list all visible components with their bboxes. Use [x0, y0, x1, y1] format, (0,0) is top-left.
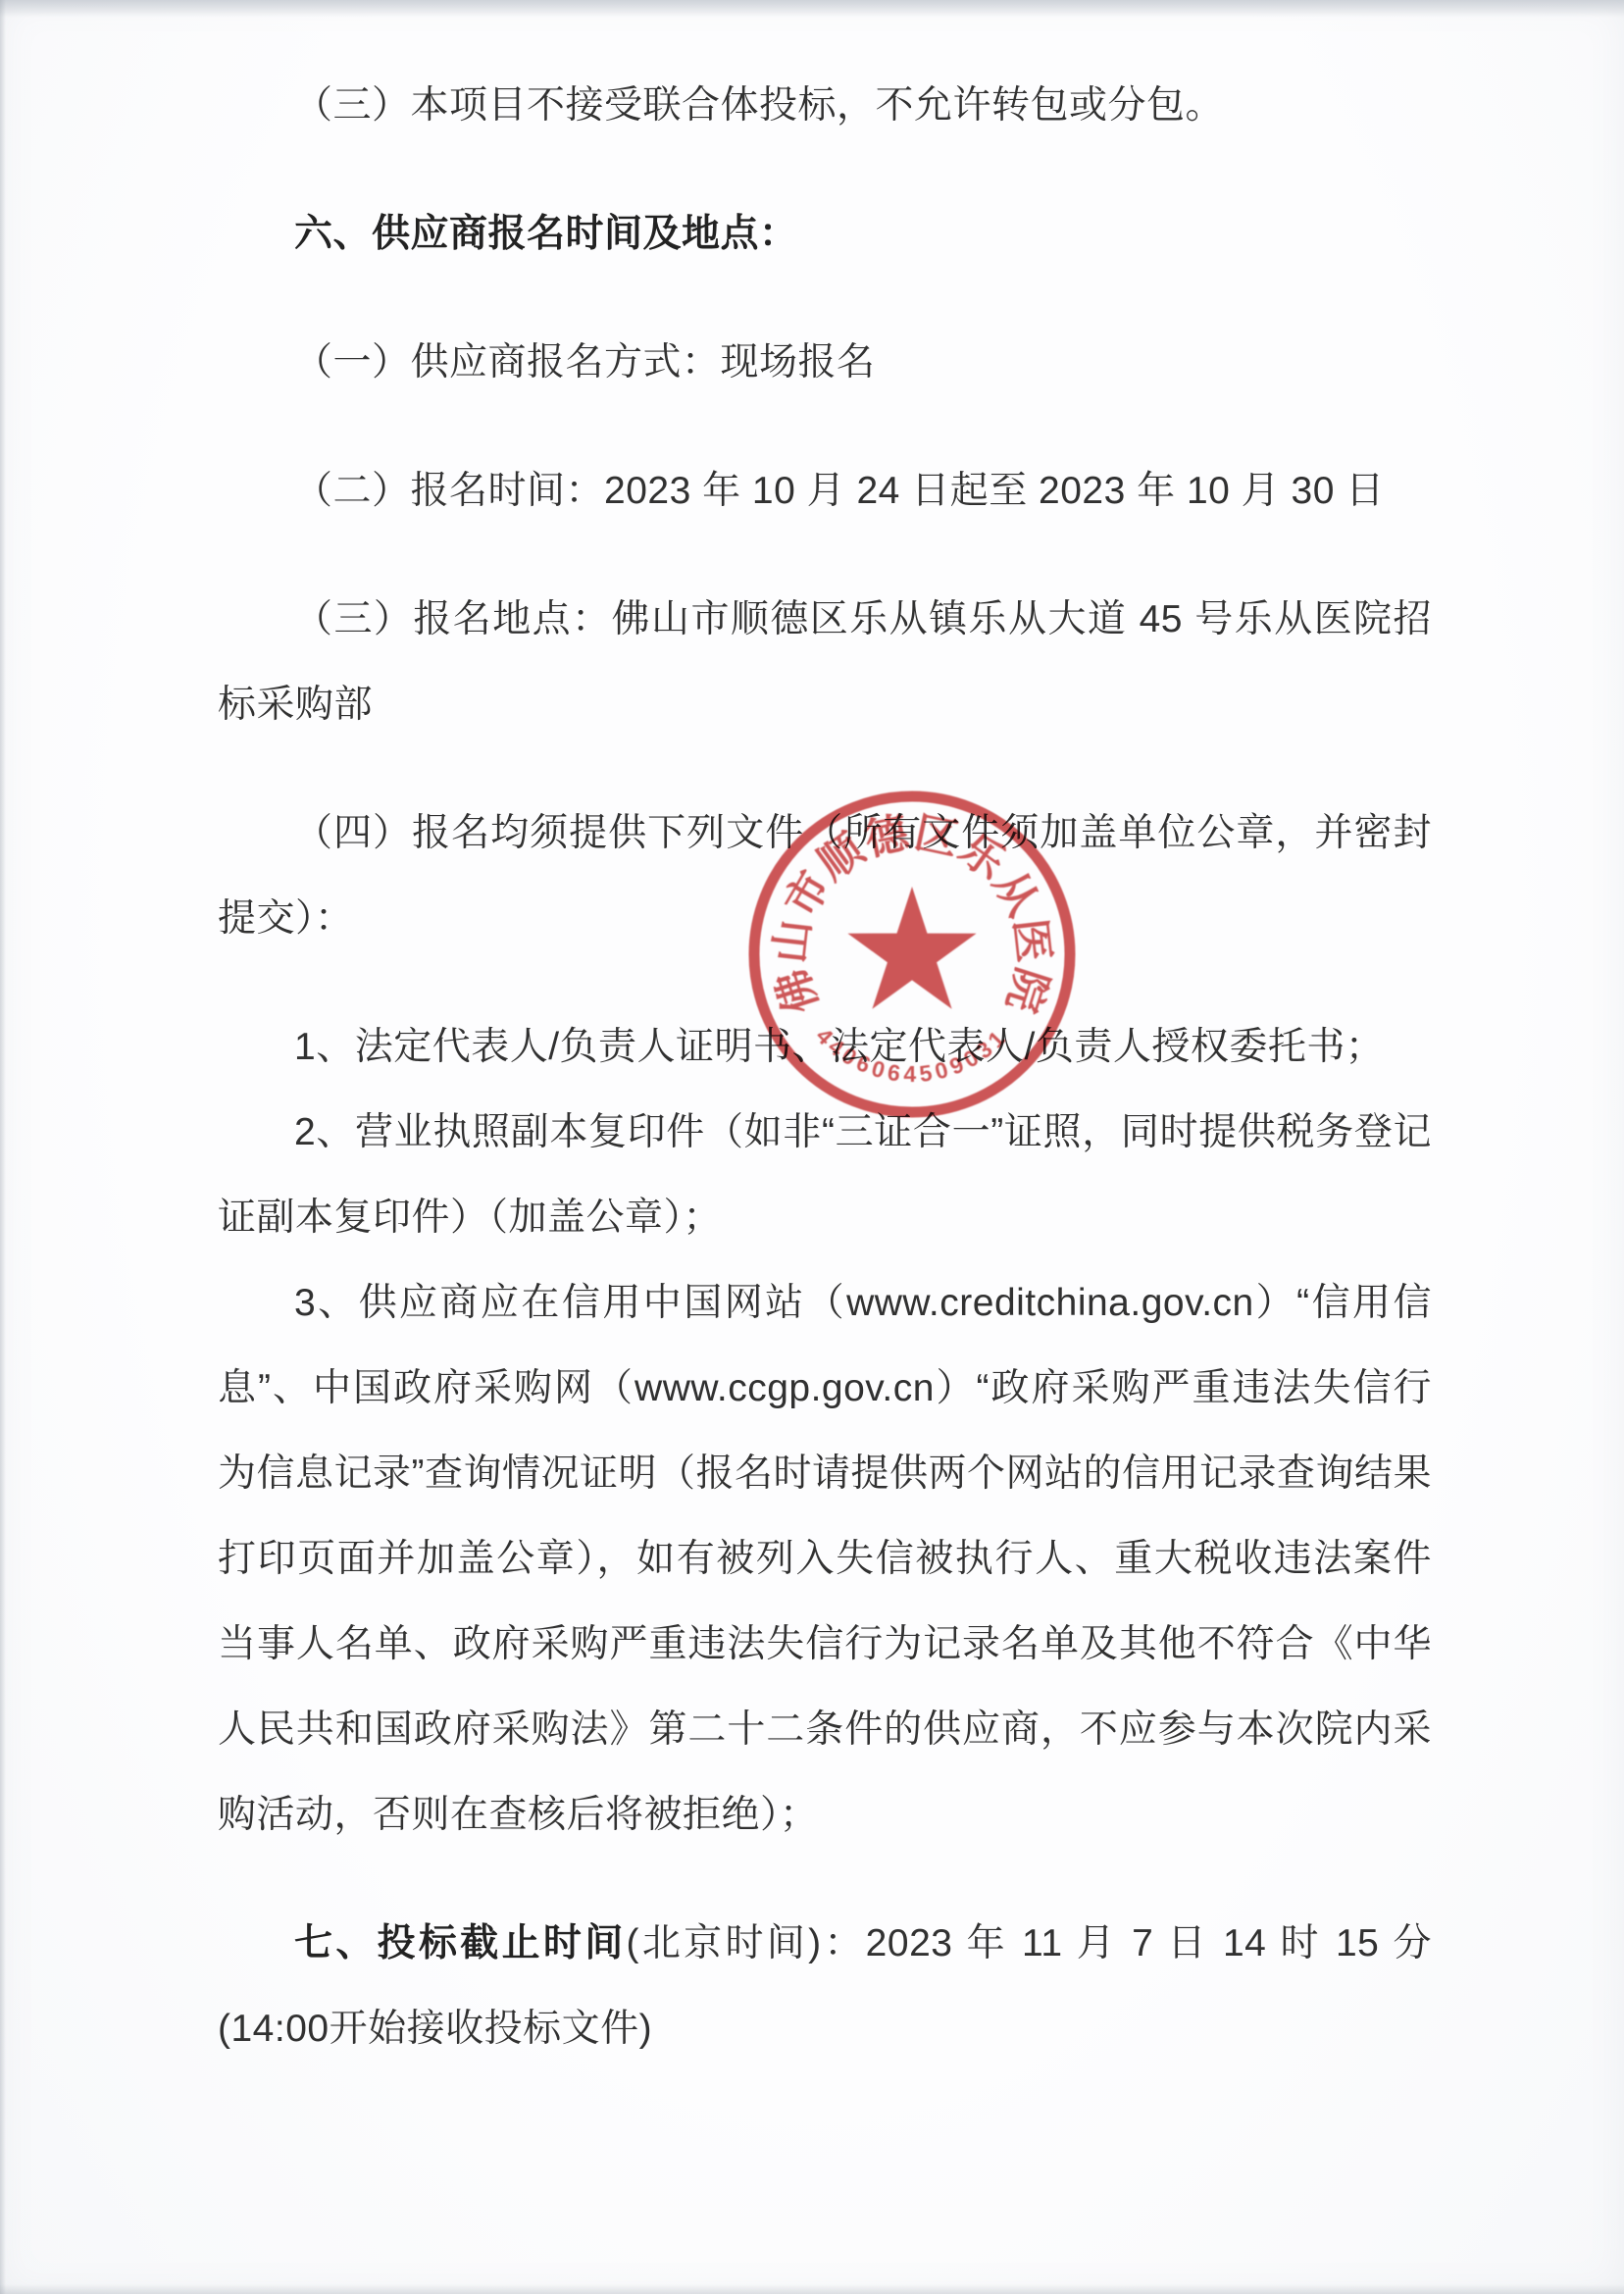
- section-6-heading: 六、供应商报名时间及地点：: [218, 191, 1432, 277]
- doc-item-3-credit-record-certificates: 3、供应商应在信用中国网站（www.creditchina.gov.cn）“信用…: [218, 1260, 1432, 1858]
- doc-item-1-legal-representative-certificates: 1、法定代表人/负责人证明书、法定代表人/负责人授权委托书；: [218, 1004, 1432, 1090]
- scan-artifact-left-edge: [0, 0, 6, 2294]
- clause-6-4-required-documents: （四）报名均须提供下列文件（所有文件须加盖单位公章，并密封提交）：: [218, 790, 1432, 961]
- clause-5-3-no-consortium: （三）本项目不接受联合体投标，不允许转包或分包。: [218, 63, 1432, 148]
- clause-6-2-registration-time: （二）报名时间：2023 年 10 月 24 日起至 2023 年 10 月 3…: [218, 448, 1432, 534]
- scanned-document-page: （三）本项目不接受联合体投标，不允许转包或分包。六、供应商报名时间及地点：（一）…: [0, 0, 1624, 2294]
- doc-item-2-business-license-copy: 2、营业执照副本复印件（如非“三证合一”证照，同时提供税务登记证副本复印件）（加…: [218, 1090, 1432, 1260]
- clause-6-3-registration-place: （三）报名地点：佛山市顺德区乐从镇乐从大道 45 号乐从医院招标采购部: [218, 577, 1432, 747]
- scan-artifact-top-band: [0, 0, 1624, 18]
- document-body: （三）本项目不接受联合体投标，不允许转包或分包。六、供应商报名时间及地点：（一）…: [218, 63, 1432, 2071]
- clause-6-1-registration-method: （一）供应商报名方式：现场报名: [218, 320, 1432, 405]
- section-7-bid-deadline: 七、投标截止时间(北京时间)：2023 年 11 月 7 日 14 时 15 分…: [218, 1901, 1432, 2071]
- scan-artifact-bottom-edge: [0, 2284, 1624, 2294]
